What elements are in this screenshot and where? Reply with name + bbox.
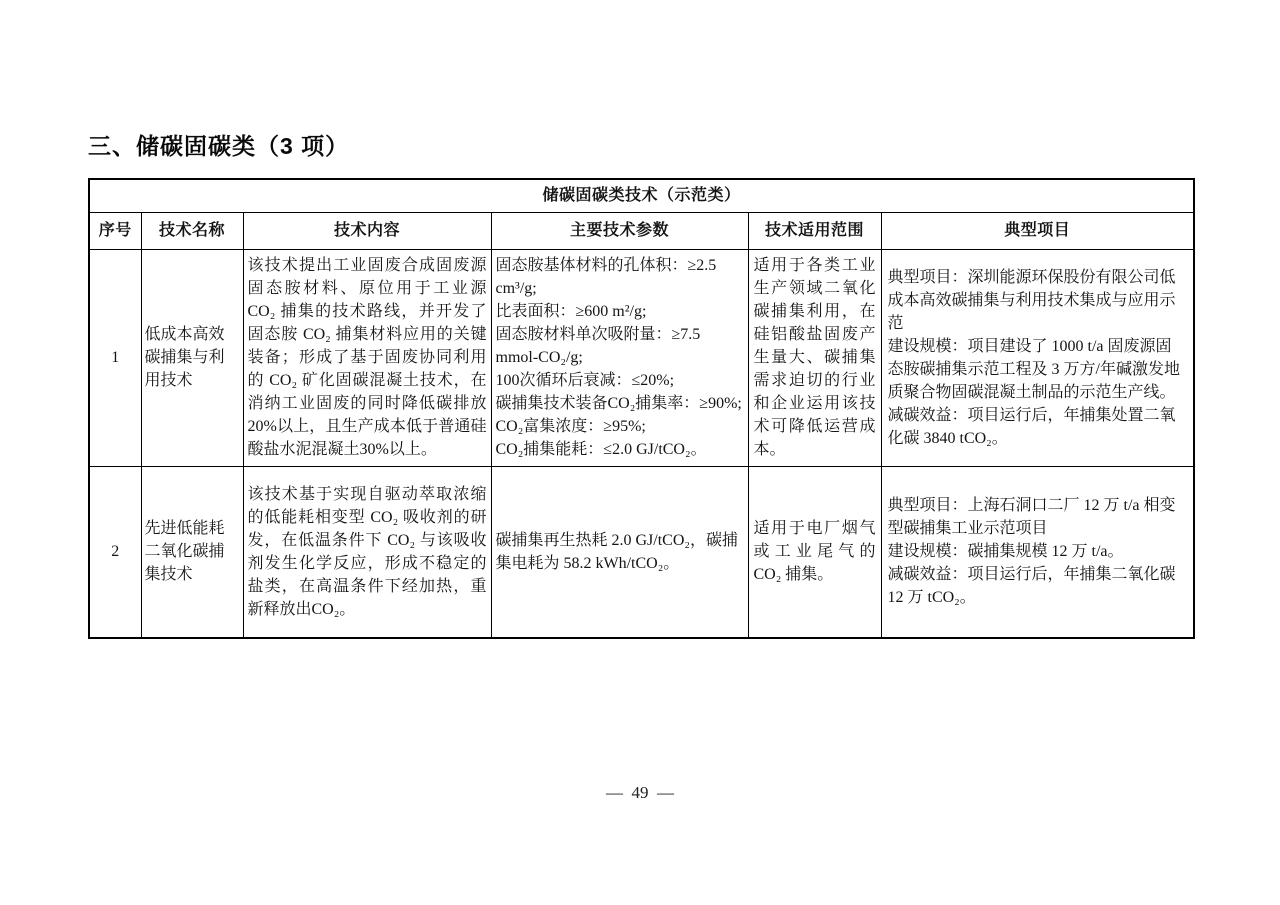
table-caption: 储碳固碳类技术（示范类） bbox=[89, 179, 1194, 212]
page-number: — 49 — bbox=[0, 783, 1280, 803]
row1-tech-parameters: 固态胺基体材料的孔体积：≥2.5 cm³/g; 比表面积：≥600 m²/g; … bbox=[491, 249, 748, 466]
row1-tech-content: 该技术提出工业固废合成固废源固态胺材料、原位用于工业源 CO₂ 捕集的技术路线，… bbox=[243, 249, 491, 466]
table-header-row: 序号 技术名称 技术内容 主要技术参数 技术适用范围 典型项目 bbox=[89, 212, 1194, 249]
row1-typical-project: 典型项目：深圳能源环保股份有限公司低成本高效碳捕集与利用技术集成与应用示范 建设… bbox=[881, 249, 1194, 466]
row2-index: 2 bbox=[89, 466, 141, 638]
column-header-name: 技术名称 bbox=[141, 212, 243, 249]
column-header-project: 典型项目 bbox=[881, 212, 1194, 249]
column-header-scope: 技术适用范围 bbox=[748, 212, 881, 249]
table-caption-row: 储碳固碳类技术（示范类） bbox=[89, 179, 1194, 212]
column-header-parameters: 主要技术参数 bbox=[491, 212, 748, 249]
table-row: 2 先进低能耗二氧化碳捕集技术 该技术基于实现自驱动萃取浓缩的低能耗相变型 CO… bbox=[89, 466, 1194, 638]
row1-tech-scope: 适用于各类工业生产领域二氧化碳捕集利用，在硅铝酸盐固废产生量大、碳捕集需求迫切的… bbox=[748, 249, 881, 466]
row1-index: 1 bbox=[89, 249, 141, 466]
section-title: 三、储碳固碳类（3 项） bbox=[88, 128, 349, 161]
row2-typical-project: 典型项目：上海石洞口二厂 12 万 t/a 相变型碳捕集工业示范项目 建设规模：… bbox=[881, 466, 1194, 638]
row2-tech-scope: 适用于电厂烟气或工业尾气的 CO₂ 捕集。 bbox=[748, 466, 881, 638]
column-header-content: 技术内容 bbox=[243, 212, 491, 249]
technology-table: 储碳固碳类技术（示范类） 序号 技术名称 技术内容 主要技术参数 技术适用范围 … bbox=[88, 178, 1195, 639]
row2-tech-name: 先进低能耗二氧化碳捕集技术 bbox=[141, 466, 243, 638]
document-page: 三、储碳固碳类（3 项） 储碳固碳类技术（示范类） 序号 技术名称 技术内容 主… bbox=[0, 0, 1280, 905]
row2-tech-content: 该技术基于实现自驱动萃取浓缩的低能耗相变型 CO₂ 吸收剂的研发，在低温条件下 … bbox=[243, 466, 491, 638]
column-header-index: 序号 bbox=[89, 212, 141, 249]
row2-tech-parameters: 碳捕集再生热耗 2.0 GJ/tCO₂，碳捕集电耗为 58.2 kWh/tCO₂… bbox=[491, 466, 748, 638]
row1-tech-name: 低成本高效碳捕集与利用技术 bbox=[141, 249, 243, 466]
table-row: 1 低成本高效碳捕集与利用技术 该技术提出工业固废合成固废源固态胺材料、原位用于… bbox=[89, 249, 1194, 466]
